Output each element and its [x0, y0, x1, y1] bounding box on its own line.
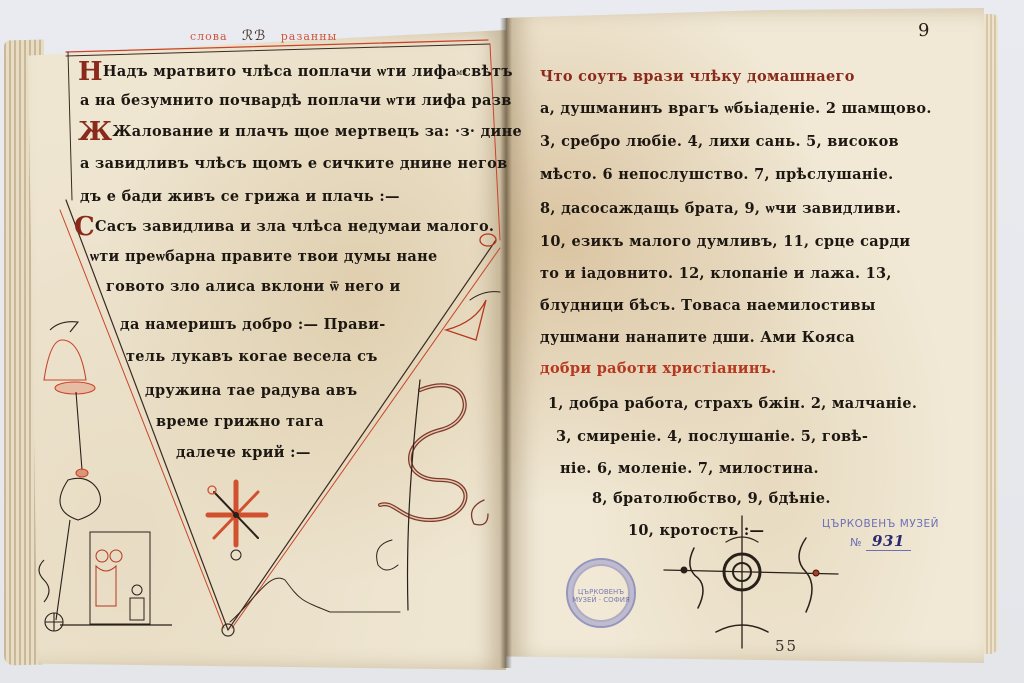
text-line-rubric: добри работи христіанинъ.	[540, 360, 777, 377]
museum-inventory-stamp: ЦЪРКОВЕНЪ МУЗЕЙ № 931	[822, 518, 939, 550]
header-word-left: слова	[190, 30, 228, 43]
text-line: 1, добра работа, страхъ бжін. 2, малчані…	[548, 395, 917, 412]
text-line: ЖЖалование и плачъ щое мертвецъ за: ·з· …	[78, 122, 522, 143]
text-line: 10, езикъ малого думливъ, 11, срце сарди	[540, 233, 910, 250]
text-line: 3, сребро любіе. 4, лихи сань. 5, високо…	[540, 133, 899, 150]
text-line: 3, смиреніе. 4, послушаніе. 5, говѣ-	[556, 428, 868, 445]
text-line: далече крий :—	[176, 444, 311, 461]
text-line: мѣсто. 6 непослушство. 7, прѣслушаніе.	[540, 166, 893, 183]
text-line: дъ е бади живъ се грижа и плачь :—	[80, 188, 400, 205]
text-line: а завидливъ члѣсъ щомъ е сичките днине н…	[80, 155, 508, 172]
monogram: ℛℬ	[242, 28, 266, 44]
museum-stamp-number-line: № 931	[822, 532, 939, 550]
text-line: говото зло алиса вклони ѿ него и	[106, 278, 401, 296]
text-line: а, душманинъ врагъ ѡбьiаденіе. 2 шамщово…	[540, 100, 932, 118]
inventory-number: 931	[866, 532, 911, 551]
text-line: 8, братолюбство, 9, бдѣніе.	[592, 490, 831, 507]
round-museum-seal: ЦЪРКОВЕНЪ МУЗЕЙ · СОФИЯ	[566, 558, 636, 628]
text-line: дружина тае радува авъ	[145, 382, 357, 399]
text-line: душмани нанапите дши. Ами Кояса	[540, 329, 855, 346]
text-line: да намеришъ добро :— Прави-	[120, 316, 386, 333]
text-line: блудници бѣсъ. Товаса наемилостивы	[540, 297, 876, 314]
text-line: тель лукавъ когае весела съ	[126, 348, 378, 365]
text-line: ніе. 6, моленіе. 7, милостина.	[560, 460, 819, 477]
text-line: 8, дасосаждащь брата, 9, ѡчи завидливи.	[540, 200, 901, 218]
text-line-heading: Что соутъ врази члѣку домашнаего	[540, 68, 855, 85]
page-header: слова ℛℬ разанны	[190, 28, 337, 44]
header-word-right: разанны	[281, 30, 338, 43]
text-line: 10, кротость :—	[628, 522, 764, 539]
text-line: а на безумнито почвардѣ поплачи ѡти лифа…	[80, 92, 512, 110]
open-manuscript-book: слова ℛℬ разанны мz ННадъ мратвито члѣса…	[0, 0, 1024, 683]
text-line: ѡти преѡбарна правите твои думы нане	[90, 248, 438, 266]
folio-number: 9	[918, 20, 929, 41]
text-line: то и іадовнито. 12, клопаніе и лажа. 13,	[540, 265, 892, 282]
book-gutter	[500, 18, 512, 668]
text-line: ССасъ завидлива и зла члѣса недумаи мало…	[74, 217, 494, 238]
museum-stamp-title: ЦЪРКОВЕНЪ МУЗЕЙ	[822, 518, 939, 530]
text-line: време грижно тага	[156, 413, 324, 430]
bottom-page-number: 55	[775, 637, 798, 655]
text-line: ННадъ мратвито члѣса поплачи ѡти лифа св…	[78, 62, 513, 83]
